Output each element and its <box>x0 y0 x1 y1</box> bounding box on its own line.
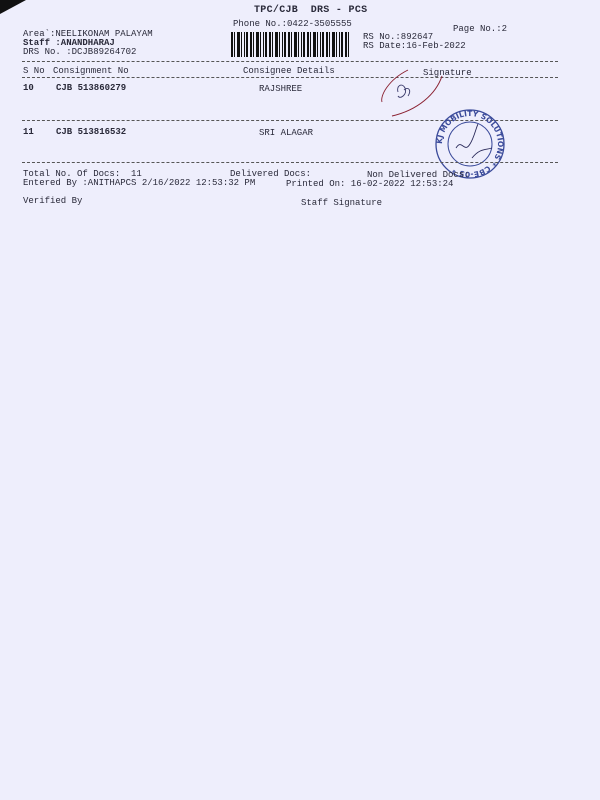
staff-signature-label: Staff Signature <box>301 198 382 208</box>
row-consignee: RAJSHREE <box>259 84 302 94</box>
column-header-consignee: Consignee Details <box>243 66 335 76</box>
page-number: Page No.:2 <box>453 24 507 34</box>
document-title: TPC/CJB DRS - PCS <box>254 6 367 16</box>
rs-date: RS Date:16-Feb-2022 <box>363 41 466 51</box>
printed-on: Printed On: 16-02-2022 12:53:24 <box>286 179 453 189</box>
row-consignment-no: CJB 513860279 <box>56 83 126 93</box>
column-header-sno: S No <box>23 66 45 76</box>
divider <box>22 61 558 62</box>
barcode <box>231 32 351 57</box>
entered-by: Entered By :ANITHAPCS 2/16/2022 12:53:32… <box>23 178 255 188</box>
divider <box>22 162 558 163</box>
phone-number: Phone No.:0422-3505555 <box>233 19 352 29</box>
column-header-consignment: Consignment No <box>53 66 129 76</box>
row-sno: 10 <box>23 83 34 93</box>
row-sno: 11 <box>23 127 34 137</box>
row-consignment-no: CJB 513816532 <box>56 127 126 137</box>
verified-by-label: Verified By <box>23 196 82 206</box>
divider <box>22 77 558 78</box>
row-consignee: SRI ALAGAR <box>259 128 313 138</box>
drs-number: DRS No. :DCJB89264702 <box>23 47 136 57</box>
scan-corner-shadow <box>0 0 26 14</box>
